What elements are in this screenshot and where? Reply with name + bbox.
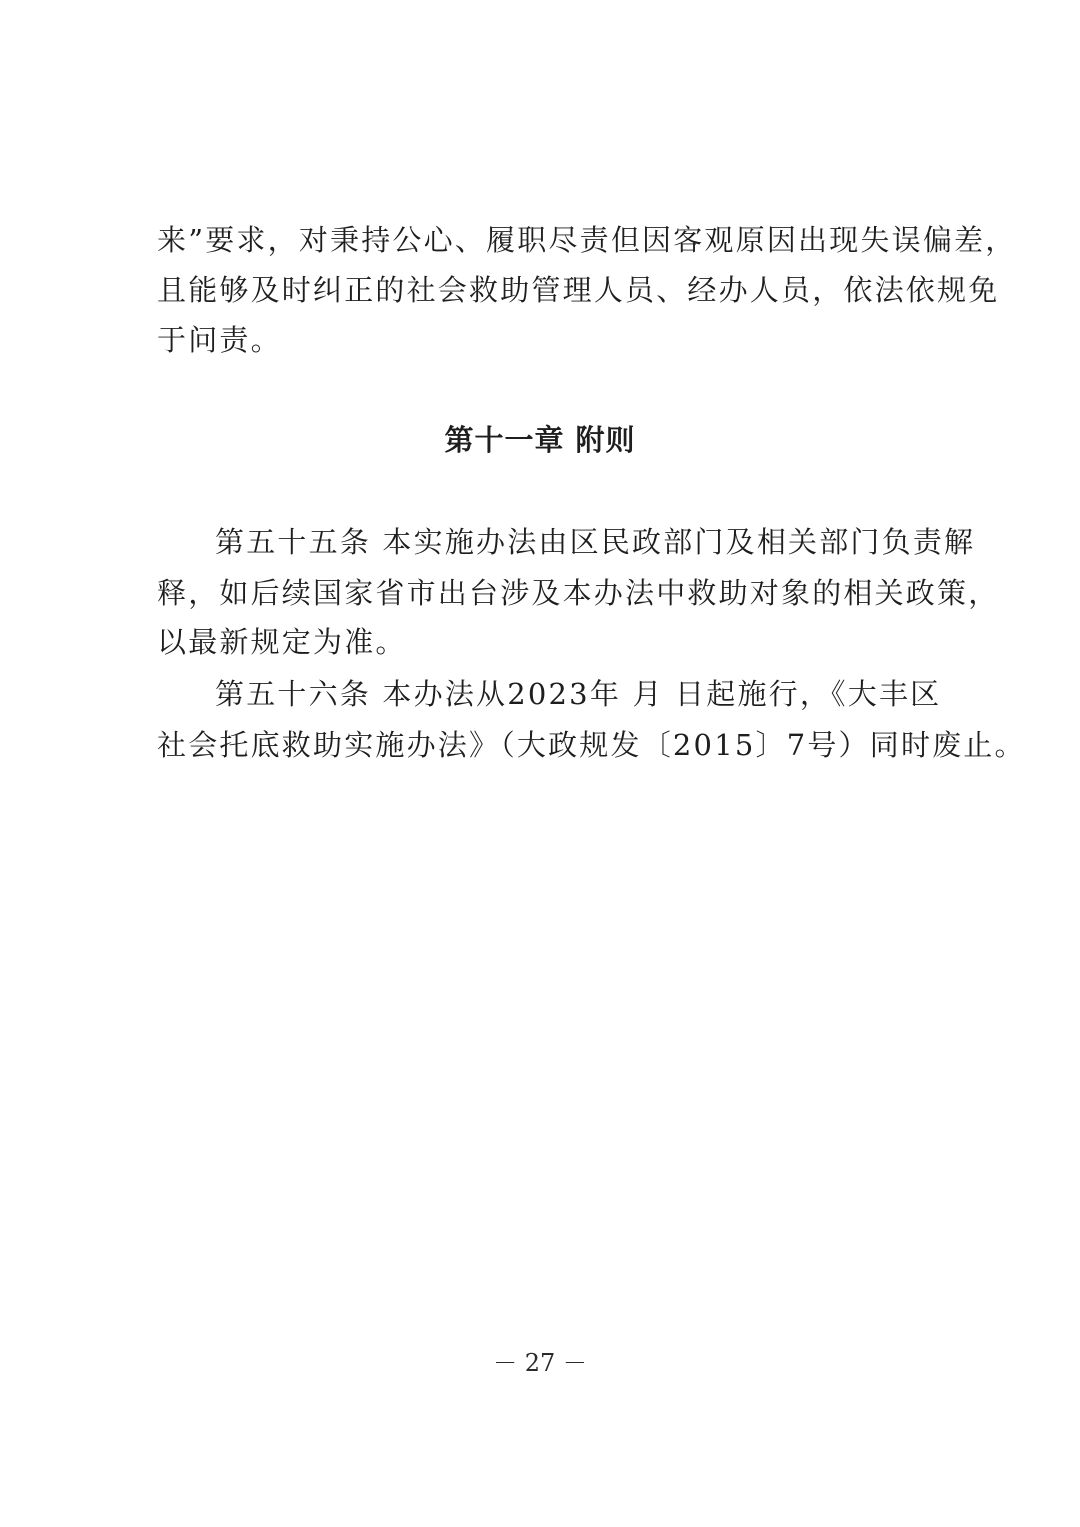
article-56-line: 社会托底救助实施办法》（大政规发〔2015〕7号）同时废止。 [157, 725, 927, 765]
paragraph-line: 且能够及时纠正的社会救助管理人员、经办人员，依法依规免 [157, 270, 927, 310]
chapter-heading: 第十一章 附则 [0, 420, 1080, 460]
page-number: － 27 － [0, 1346, 1080, 1380]
paragraph-line: 来”要求，对秉持公心、履职尽责但因客观原因出现失误偏差， [157, 220, 927, 260]
article-55-line: 以最新规定为准。 [157, 622, 927, 662]
article-55-line: 第五十五条 本实施办法由区民政部门及相关部门负责解 [215, 522, 927, 562]
document-page: 来”要求，对秉持公心、履职尽责但因客观原因出现失误偏差， 且能够及时纠正的社会救… [0, 0, 1080, 1527]
paragraph-line: 于问责。 [157, 320, 927, 360]
article-55-line: 释，如后续国家省市出台涉及本办法中救助对象的相关政策， [157, 573, 927, 613]
article-56-line: 第五十六条 本办法从2023年 月 日起施行，《大丰区 [215, 674, 927, 714]
